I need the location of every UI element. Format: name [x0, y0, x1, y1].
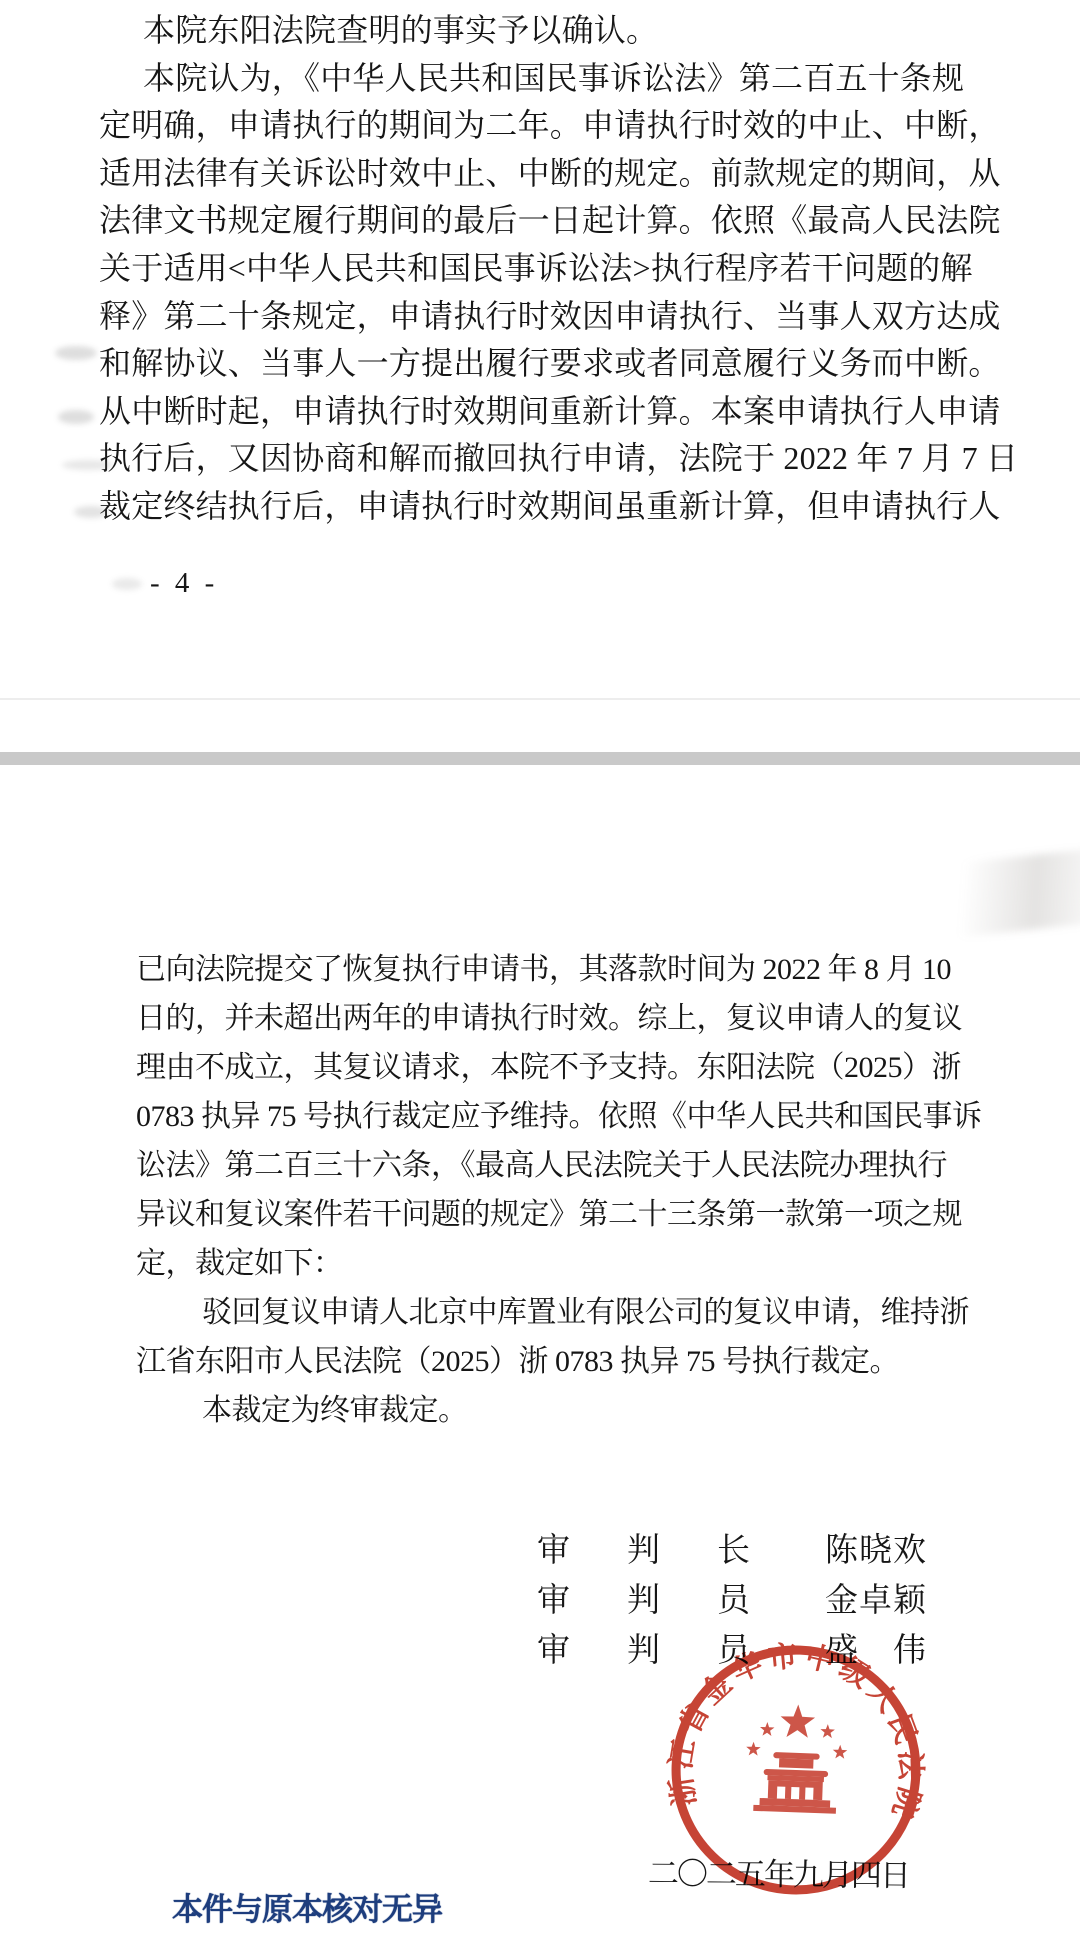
text-line: 驳回复议申请人北京中库置业有限公司的复议申请，维持浙: [136, 1288, 969, 1337]
judge-row: 审判长陈晓欢: [537, 1524, 927, 1571]
court-seal: 浙江省金华市中级人民法院: [662, 1636, 931, 1905]
judge-role: 审判长: [537, 1533, 807, 1569]
scan-smudge: [58, 410, 94, 424]
text-line: 关于适用<中华人民共和国民事诉讼法>执行程序若干问题的解: [99, 244, 973, 292]
text-line: 本裁定为终审裁定。: [136, 1386, 468, 1435]
judge-row: 审判员金卓颖: [537, 1574, 927, 1621]
text-line: 定明确，申请执行的期间为二年。申请执行时效的中止、中断，: [99, 101, 1001, 149]
judge-role: 审判员: [537, 1583, 807, 1619]
text-line: 法律文书规定履行期间的最后一日起计算。依照《最高人民法院: [99, 196, 1001, 244]
scan-smudge: [55, 346, 97, 360]
scan-smudge: [62, 460, 114, 470]
scan-corner-shadow: [879, 849, 1080, 945]
text-line: 和解协议、当事人一方提出履行要求或者同意履行义务而中断。: [99, 339, 1001, 387]
text-line: 讼法》第二百三十六条，《最高人民法院关于人民法院办理执行: [136, 1141, 947, 1190]
text-line: 裁定终结执行后，申请执行时效期间虽重新计算，但申请执行人: [99, 482, 1001, 530]
text-line: 释》第二十条规定，申请执行时效因申请执行、当事人双方达成: [99, 292, 1001, 340]
judge-name: 金卓颖: [825, 1583, 927, 1619]
national-emblem-icon: [744, 1703, 849, 1814]
court-seal-graphic: 浙江省金华市中级人民法院: [662, 1636, 931, 1905]
text-line: 定，裁定如下：: [136, 1239, 343, 1288]
text-line: 适用法律有关诉讼时效中止、中断的规定。前款规定的期间，从: [99, 149, 1001, 197]
judge-name: 陈晓欢: [825, 1533, 927, 1569]
text-line: 本院认为，《中华人民共和国民事诉讼法》第二百五十条规: [99, 54, 964, 102]
scan-smudge: [74, 506, 108, 518]
text-line: 从中断时起，申请执行时效期间重新计算。本案申请执行人申请: [99, 387, 1001, 435]
text-line: 0783 执异 75 号执行裁定应予维持。依照《中华人民共和国民事诉: [136, 1092, 982, 1141]
text-line: 已向法院提交了恢复执行申请书，其落款时间为 2022 年 8 月 10: [136, 945, 951, 994]
text-line: 江省东阳市人民法院（2025）浙 0783 执异 75 号执行裁定。: [136, 1337, 899, 1386]
text-line: 理由不成立，其复议请求，本院不予支持。东阳法院（2025）浙: [136, 1043, 961, 1092]
text-line: 本院东阳法院查明的事实予以确认。: [99, 6, 658, 54]
page-number: - 4 -: [150, 567, 218, 600]
scanned-court-ruling: 本院东阳法院查明的事实予以确认。 本院认为，《中华人民共和国民事诉讼法》第二百五…: [0, 0, 1080, 1940]
page-separator-band: [0, 752, 1080, 765]
page-edge-line: [0, 698, 1080, 700]
text-line: 异议和复议案件若干问题的规定》第二十三条第一款第一项之规: [136, 1190, 962, 1239]
scan-smudge: [112, 578, 142, 590]
text-line: 执行后，又因协商和解而撤回执行申请，法院于 2022 年 7 月 7 日: [99, 434, 1018, 482]
verification-note: 本件与原本核对无异: [172, 1884, 442, 1929]
text-line: 日的，并未超出两年的申请执行时效。综上，复议申请人的复议: [136, 994, 962, 1043]
